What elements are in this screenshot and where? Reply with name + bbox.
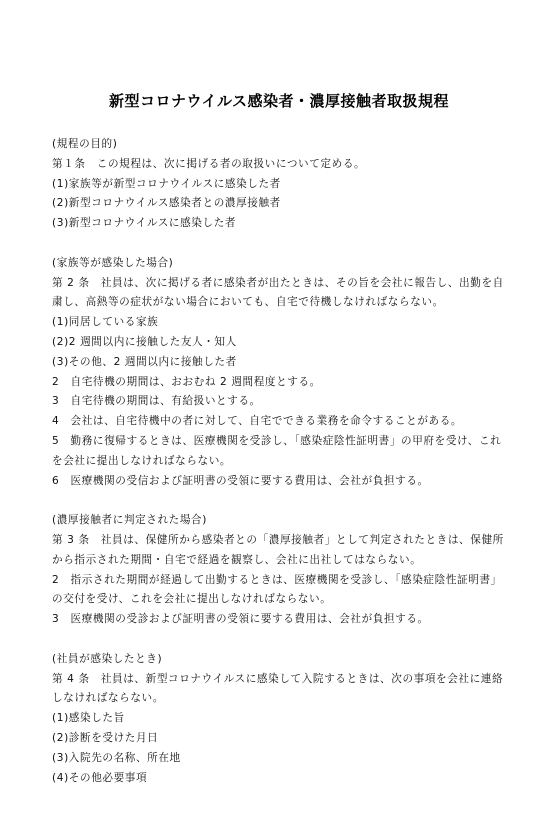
document-title: 新型コロナウイルス感染者・濃厚接触者取扱規程 [0, 90, 558, 111]
clause-6: 6 医療機関の受信および証明書の受領に要する費用は、会社が負担する。 [52, 472, 492, 492]
article-4: 第 4 条 社員は、新型コロナウイルスに感染して入院するときは、次の事項を会社に… [52, 670, 492, 690]
clause-2-continued: の交付を受け、これを会社に提出しなければならない。 [52, 590, 492, 610]
clause-5: 5 勤務に復帰するときは、医療機関を受診し、「感染症陰性証明書」の甲府を受け、こ… [52, 432, 492, 452]
clause-3: 3 医療機関の受診および証明書の受領に要する費用は、会社が負担する。 [52, 610, 492, 630]
article-3: 第 3 条 社員は、保健所から感染者との「濃厚接触者」として判定されたときは、保… [52, 531, 492, 551]
document-page: 新型コロナウイルス感染者・濃厚接触者取扱規程 (規程の目的) 第１条 この規程は… [0, 0, 558, 834]
article-2: 第 2 条 社員は、次に掲げる者に感染者が出たときは、その旨を会社に報告し、出勤… [52, 274, 492, 294]
clause-5-continued: を会社に提出しなければならない。 [52, 452, 492, 472]
section-employee-infected: (社員が感染したとき) 第 4 条 社員は、新型コロナウイルスに感染して入院する… [52, 650, 492, 789]
article-2-continued: 粛し、高熱等の症状がない場合においても、自宅で待機しなければならない。 [52, 293, 492, 313]
list-item: (1)同居している家族 [52, 313, 492, 333]
clause-2: 2 自宅待機の期間は、おおむね 2 週間程度とする。 [52, 373, 492, 393]
clause-2: 2 指示された期間が経過して出勤するときは、医療機関を受診し、「感染症陰性証明書… [52, 571, 492, 591]
article-3-continued: から指示された期間・自宅で経過を観察し、会社に出社してはならない。 [52, 551, 492, 571]
section-heading: (規程の目的) [52, 135, 492, 155]
article-1: 第１条 この規程は、次に掲げる者の取扱いについて定める。 [52, 155, 492, 175]
list-item: (2)診断を受けた月日 [52, 729, 492, 749]
list-item: (1)家族等が新型コロナウイルスに感染した者 [52, 175, 492, 195]
list-item: (3)その他、2 週間以内に接触した者 [52, 353, 492, 373]
clause-4: 4 会社は、自宅待機中の者に対して、自宅でできる業務を命令することがある。 [52, 412, 492, 432]
list-item: (3)入院先の名称、所在地 [52, 749, 492, 769]
article-4-continued: しなければならない。 [52, 689, 492, 709]
section-purpose: (規程の目的) 第１条 この規程は、次に掲げる者の取扱いについて定める。 (1)… [52, 135, 492, 234]
section-heading: (家族等が感染した場合) [52, 254, 492, 274]
section-close-contact: (濃厚接触者に判定された場合) 第 3 条 社員は、保健所から感染者との「濃厚接… [52, 511, 492, 630]
clause-3: 3 自宅待機の期間は、有給扱いとする。 [52, 392, 492, 412]
section-heading: (社員が感染したとき) [52, 650, 492, 670]
list-item: (2)2 週間以内に接触した友人・知人 [52, 333, 492, 353]
section-heading: (濃厚接触者に判定された場合) [52, 511, 492, 531]
document-body: (規程の目的) 第１条 この規程は、次に掲げる者の取扱いについて定める。 (1)… [52, 135, 492, 808]
list-item: (1)感染した旨 [52, 709, 492, 729]
section-family-infected: (家族等が感染した場合) 第 2 条 社員は、次に掲げる者に感染者が出たときは、… [52, 254, 492, 492]
list-item: (4)その他必要事項 [52, 769, 492, 789]
list-item: (2)新型コロナウイルス感染者との濃厚接触者 [52, 194, 492, 214]
list-item: (3)新型コロナウイルスに感染した者 [52, 214, 492, 234]
